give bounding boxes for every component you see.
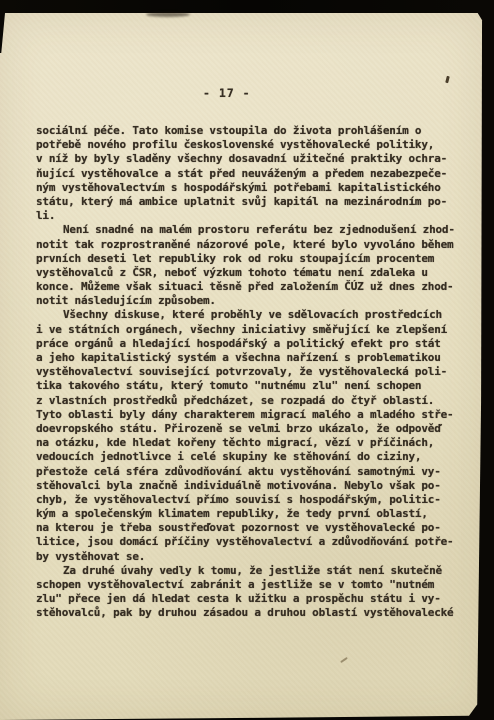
page-number: - 17 - xyxy=(203,86,251,100)
text-line: na otázku, kde hledat kořeny těchto migr… xyxy=(36,436,468,450)
text-line: li. xyxy=(36,209,468,223)
scan-background: - 17 - sociální péče. Tato komise vstoup… xyxy=(0,0,494,720)
text-line: Za druhé úvahy vedly k tomu, že jestliže… xyxy=(36,564,468,578)
text-line: Není snadné na malém prostoru referátu b… xyxy=(36,223,468,237)
document-page: - 17 - sociální péče. Tato komise vstoup… xyxy=(0,13,483,720)
text-line: sociální péče. Tato komise vstoupila do … xyxy=(36,124,468,138)
text-line: doevropského státu. Přirozeně se velmi b… xyxy=(36,422,468,436)
text-line: notit tak rozprostraněné názorové pole, … xyxy=(36,238,468,252)
text-line: na kterou je třeba soustřeďovat pozornos… xyxy=(36,521,468,535)
paper-speck xyxy=(340,657,348,663)
text-line: tika takového státu, který tomuto "nutné… xyxy=(36,379,468,393)
text-line: stěhovalců, pak by druhou zásadou a druh… xyxy=(36,606,468,620)
text-line: Tyto oblasti byly dány charakterem migra… xyxy=(36,408,468,422)
text-line: z vlastních prostředků předcházet, se ro… xyxy=(36,394,468,408)
text-line: a jeho kapitalistický systém a všechna n… xyxy=(36,351,468,365)
scan-smudge-artifact xyxy=(146,12,190,17)
text-line: schopen vystěhovalectví zabránit a jestl… xyxy=(36,578,468,592)
text-line: Všechny diskuse, které proběhly ve sdělo… xyxy=(36,308,468,322)
text-line: ným vystěhovalectvím s hospodářskými pot… xyxy=(36,181,468,195)
text-line: chyb, že vystěhovalectví přímo souvisí s… xyxy=(36,493,468,507)
text-line: stěhovalci byla značně individuálně moti… xyxy=(36,479,468,493)
text-line: by vystěhovat se. xyxy=(36,550,468,564)
text-line: ňující vystěhovalce a stát před neuvážen… xyxy=(36,167,468,181)
paper-speck xyxy=(445,76,450,84)
text-line: vystěhovalectví související potvrzovaly,… xyxy=(36,365,468,379)
text-line: notit následujícím způsobem. xyxy=(36,294,468,308)
text-line: vedoucích jednotlivce i celé skupiny ke … xyxy=(36,450,468,464)
text-line: potřebě nového profilu československé vy… xyxy=(36,138,468,152)
text-line: práce orgánů a hledající hospodářský a p… xyxy=(36,337,468,351)
text-line: vystěhovalců z ČSR, neboť výzkum tohoto … xyxy=(36,266,468,280)
text-line: litice, jsou domácí příčiny vystěhovalec… xyxy=(36,535,468,549)
text-line: kým a společenským klimatem republiky, ž… xyxy=(36,507,468,521)
text-line: zlu" přece jen dá hledat cesta k užitku … xyxy=(36,592,468,606)
text-line: v níž by byly sladěny všechny dosavadní … xyxy=(36,152,468,166)
document-body: sociální péče. Tato komise vstoupila do … xyxy=(36,124,468,621)
text-line: přestože celá sféra zdůvodňování aktu vy… xyxy=(36,465,468,479)
text-line: státu, který má ambice uplatnit svůj kap… xyxy=(36,195,468,209)
text-line: prvních deseti let republiky rok od roku… xyxy=(36,252,468,266)
text-line: i ve státních orgánech, všechny iniciati… xyxy=(36,323,468,337)
text-line: konce. Můžeme však situaci těsně před za… xyxy=(36,280,468,294)
